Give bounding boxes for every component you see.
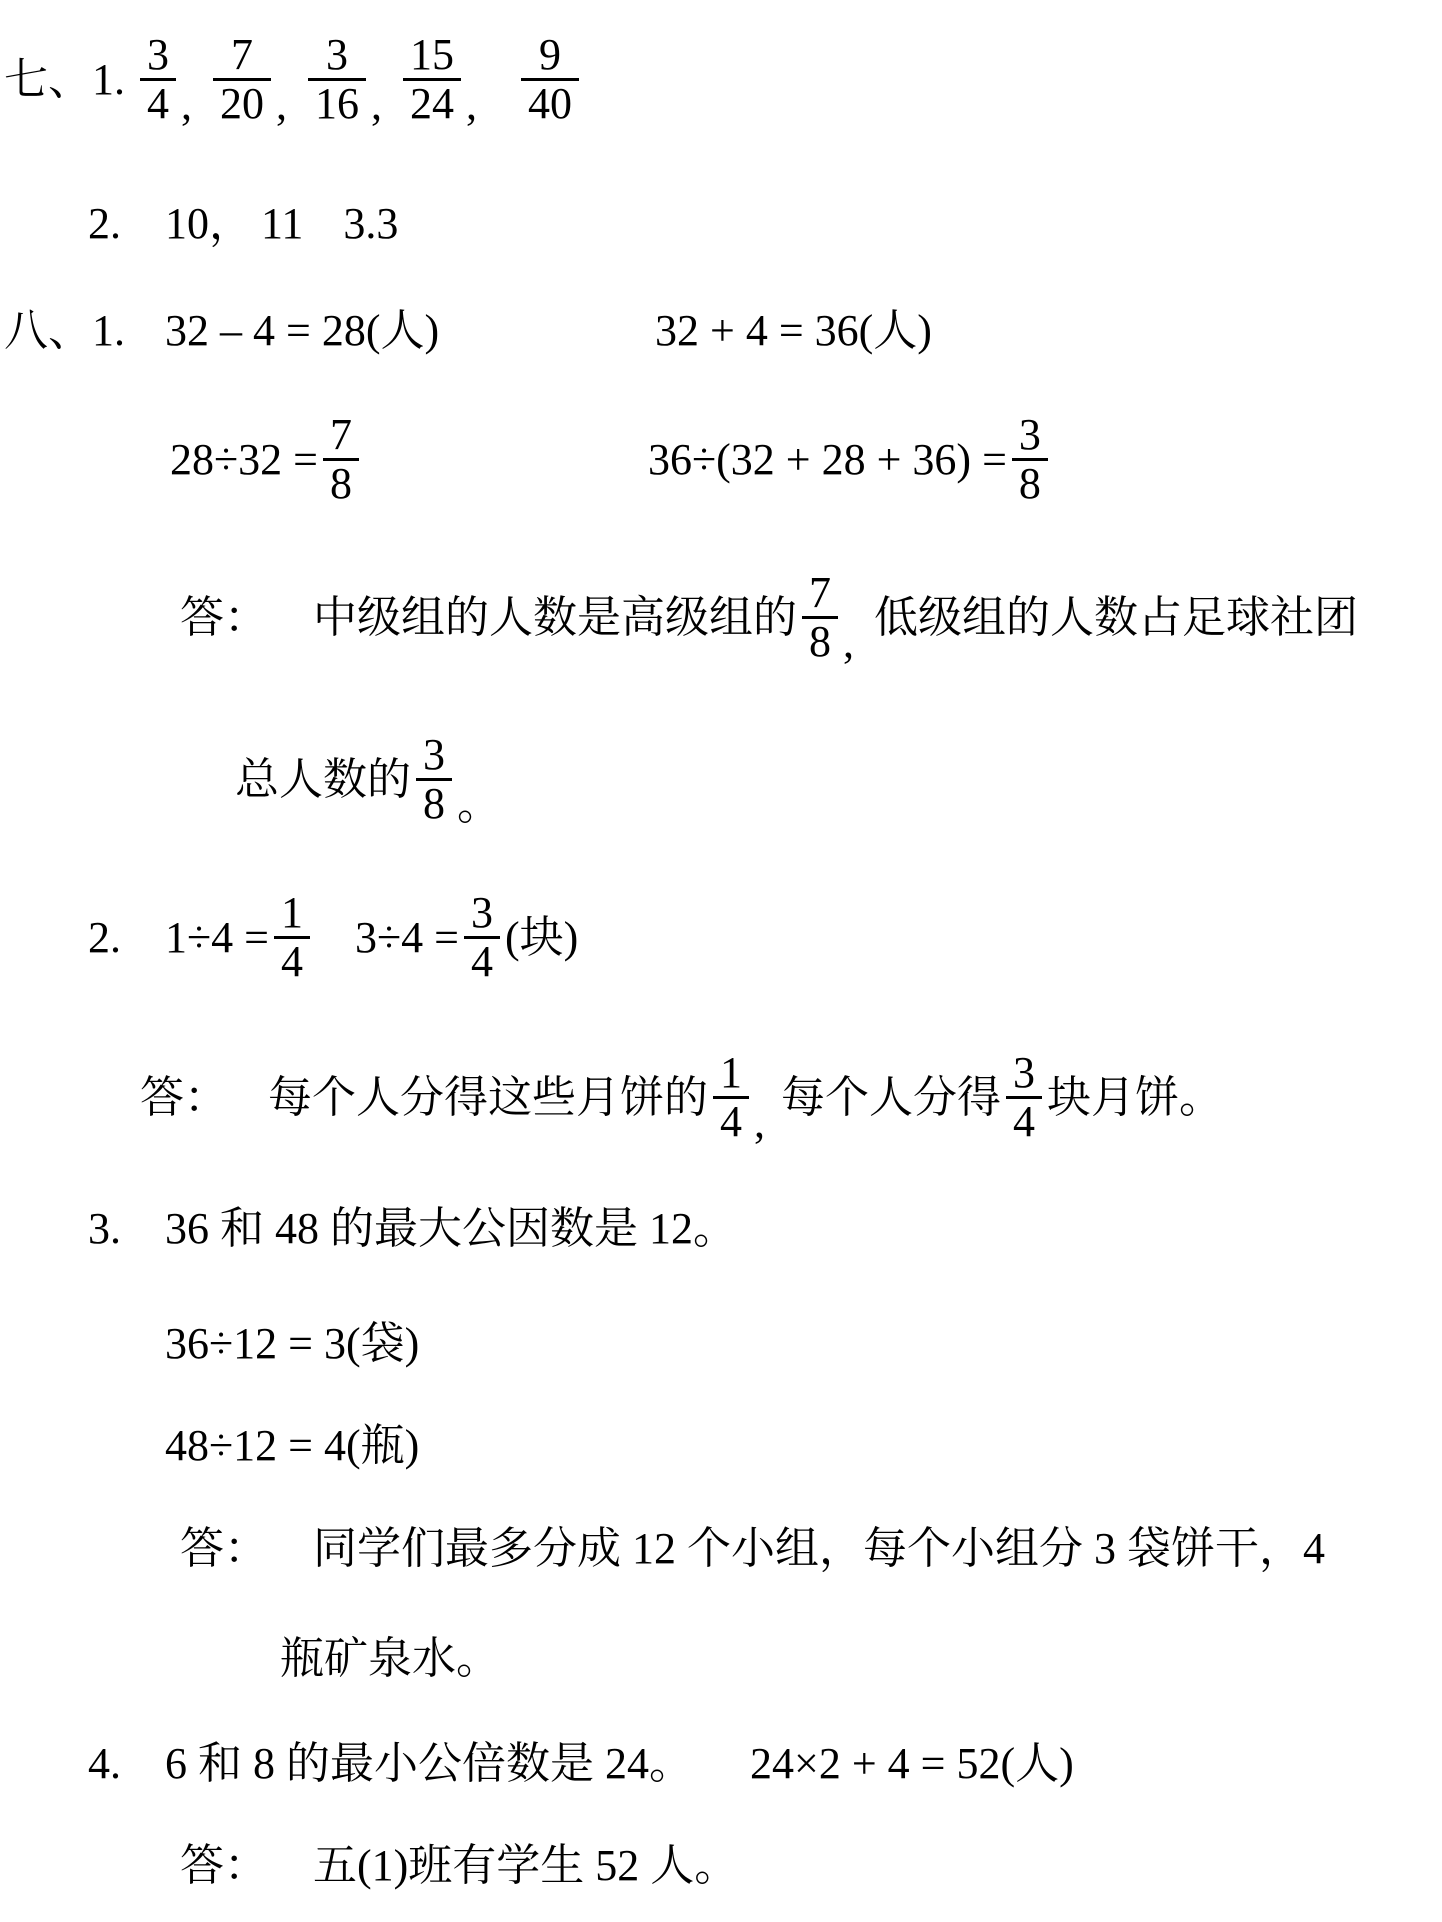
equation-line: 36÷12 = 3(袋) bbox=[165, 1318, 419, 1370]
answer-label: 答： bbox=[180, 592, 268, 644]
equation-line: 48÷12 = 4(瓶) bbox=[165, 1420, 419, 1472]
section7-label: 七、 bbox=[4, 54, 92, 106]
answer-text: 每个人分得这些月饼的 bbox=[268, 1072, 708, 1124]
fraction-numerator: 1 bbox=[274, 890, 310, 939]
equation-lhs: 3÷4 = bbox=[355, 912, 459, 964]
fraction-denominator: 4 bbox=[464, 939, 500, 985]
section8-label: 八、 bbox=[4, 305, 92, 357]
fraction-denominator: 4 bbox=[1006, 1099, 1042, 1145]
section7-question2-line: 2. 10， 11 3.3 bbox=[88, 198, 398, 250]
sentence-period: 。 bbox=[457, 779, 501, 831]
fraction-numerator: 3 bbox=[464, 890, 500, 939]
statement-text: 6 和 8 的最小公倍数是 24。 bbox=[165, 1738, 693, 1790]
fraction-numerator: 3 bbox=[1012, 412, 1048, 461]
fraction: 78 bbox=[323, 412, 359, 507]
answer-sheet-page: 七、 1. 34 , 720 , 316 , 1524 , 940 2. 10，… bbox=[0, 0, 1442, 1922]
answer-label: 答： bbox=[180, 1840, 268, 1892]
fraction: 34 bbox=[1006, 1050, 1042, 1145]
fraction-numerator: 3 bbox=[416, 732, 452, 781]
fraction: 940 bbox=[521, 32, 579, 127]
fraction-denominator: 40 bbox=[521, 81, 579, 127]
equation-unit: (块) bbox=[505, 912, 578, 964]
question1-number: 1. bbox=[92, 305, 125, 357]
answer-label: 答： bbox=[140, 1072, 228, 1124]
equation-line: 28÷32 = 78 bbox=[170, 412, 364, 507]
fraction-numerator: 3 bbox=[308, 32, 366, 81]
section7-question1-line: 七、 1. 34 , 720 , 316 , 1524 , 940 bbox=[4, 32, 584, 127]
fraction-denominator: 20 bbox=[213, 81, 271, 127]
answer-text: 每个人分得 bbox=[781, 1072, 1001, 1124]
equation: 48÷12 = 4(瓶) bbox=[165, 1420, 419, 1472]
equation-lhs: 28÷32 = bbox=[170, 434, 318, 486]
answer-value: 11 bbox=[261, 198, 303, 250]
question3-number: 3. bbox=[88, 1203, 121, 1255]
fraction: 14 bbox=[713, 1050, 749, 1145]
fraction-separator: , bbox=[371, 79, 382, 131]
fraction-denominator: 4 bbox=[274, 939, 310, 985]
fraction-denominator: 16 bbox=[308, 81, 366, 127]
answer-line: 答： 每个人分得这些月饼的 14 , 每个人分得 34 块月饼。 bbox=[140, 1050, 1223, 1145]
fraction-numerator: 7 bbox=[323, 412, 359, 461]
fraction-separator: , bbox=[181, 79, 192, 131]
answer-line: 答： 五(1)班有学生 52 人。 bbox=[180, 1840, 738, 1892]
statement-text: 36 和 48 的最大公因数是 12。 bbox=[165, 1203, 737, 1255]
section8-question1-line-right: 32 + 4 = 36(人) bbox=[655, 305, 932, 357]
fraction: 78 bbox=[802, 570, 838, 665]
answer-text: 总人数的 bbox=[235, 754, 411, 806]
fraction-numerator: 7 bbox=[213, 32, 271, 81]
fraction-comma: , bbox=[754, 1097, 765, 1149]
fraction: 14 bbox=[274, 890, 310, 985]
equation: 32 + 4 = 36(人) bbox=[655, 305, 932, 357]
answer-line: 总人数的 38 。 bbox=[235, 732, 501, 827]
fraction-denominator: 8 bbox=[802, 619, 838, 665]
answer-line-continuation: 瓶矿泉水。 bbox=[280, 1633, 500, 1685]
section8-question2-line: 2. 1÷4 = 14 3÷4 = 34 (块) bbox=[88, 890, 578, 985]
equation-lhs: 36÷(32 + 28 + 36) = bbox=[648, 434, 1007, 486]
answer-text: 同学们最多分成 12 个小组，每个小组分 3 袋饼干，4 bbox=[313, 1523, 1325, 1575]
answer-text: 低级组的人数占足球社团 bbox=[874, 592, 1358, 644]
answer-text: 中级组的人数是高级组的 bbox=[313, 592, 797, 644]
answer-value: 3.3 bbox=[343, 198, 398, 250]
equation: 24×2 + 4 = 52(人) bbox=[750, 1738, 1074, 1790]
fraction: 34 bbox=[464, 890, 500, 985]
fraction-separator: , bbox=[276, 79, 287, 131]
question2-number: 2. bbox=[88, 912, 121, 964]
answer-line: 答： 中级组的人数是高级组的 78 , 低级组的人数占足球社团 bbox=[180, 570, 1358, 665]
section8-question4-line: 4. 6 和 8 的最小公倍数是 24。 bbox=[88, 1738, 693, 1790]
answer-text: 块月饼。 bbox=[1047, 1072, 1223, 1124]
fraction-denominator: 4 bbox=[713, 1099, 749, 1145]
fraction: 34 bbox=[140, 32, 176, 127]
answer-text: 五(1)班有学生 52 人。 bbox=[313, 1840, 738, 1892]
answer-value: 10， bbox=[165, 198, 253, 250]
section8-question3-line: 3. 36 和 48 的最大公因数是 12。 bbox=[88, 1203, 737, 1255]
fraction: 720 bbox=[213, 32, 271, 127]
fraction-numerator: 9 bbox=[521, 32, 579, 81]
question1-number: 1. bbox=[92, 54, 125, 106]
fraction-separator: , bbox=[466, 79, 477, 131]
fraction: 38 bbox=[1012, 412, 1048, 507]
fraction-denominator: 8 bbox=[416, 781, 452, 827]
fraction-denominator: 24 bbox=[403, 81, 461, 127]
answer-line: 答： 同学们最多分成 12 个小组，每个小组分 3 袋饼干，4 bbox=[180, 1523, 1325, 1575]
fraction-numerator: 1 bbox=[713, 1050, 749, 1099]
fraction: 1524 bbox=[403, 32, 461, 127]
question2-number: 2. bbox=[88, 198, 121, 250]
fraction-numerator: 3 bbox=[140, 32, 176, 81]
fraction-comma: , bbox=[843, 617, 854, 669]
equation: 32 – 4 = 28(人) bbox=[165, 305, 439, 357]
fraction-numerator: 3 bbox=[1006, 1050, 1042, 1099]
equation-line-right: 24×2 + 4 = 52(人) bbox=[750, 1738, 1074, 1790]
equation-lhs: 1÷4 = bbox=[165, 912, 269, 964]
equation: 36÷12 = 3(袋) bbox=[165, 1318, 419, 1370]
section8-question1-line: 八、 1. 32 – 4 = 28(人) bbox=[4, 305, 439, 357]
fraction-numerator: 7 bbox=[802, 570, 838, 619]
fraction: 38 bbox=[416, 732, 452, 827]
equation-line-right: 36÷(32 + 28 + 36) = 38 bbox=[648, 412, 1053, 507]
fraction-denominator: 8 bbox=[323, 461, 359, 507]
fraction-denominator: 8 bbox=[1012, 461, 1048, 507]
answer-text: 瓶矿泉水。 bbox=[280, 1633, 500, 1685]
answer-label: 答： bbox=[180, 1523, 268, 1575]
fraction: 316 bbox=[308, 32, 366, 127]
question4-number: 4. bbox=[88, 1738, 121, 1790]
fraction-numerator: 15 bbox=[403, 32, 461, 81]
fraction-denominator: 4 bbox=[140, 81, 176, 127]
